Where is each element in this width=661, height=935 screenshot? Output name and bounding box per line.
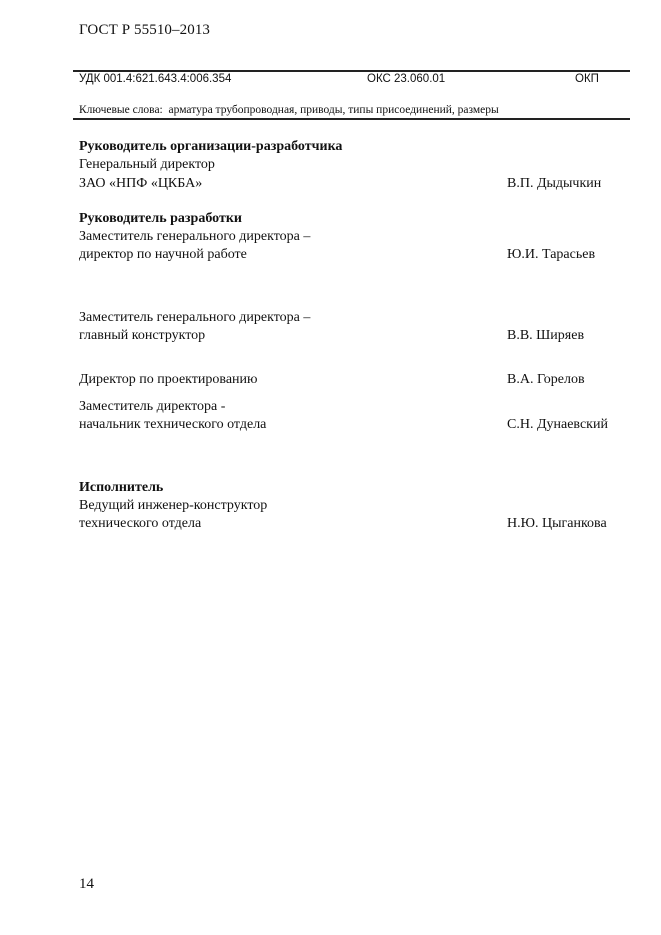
signatory-name: В.В. Ширяев: [507, 327, 584, 345]
section-heading-development-lead: Руководитель разработки: [79, 210, 242, 228]
keywords-label: Ключевые слова:: [79, 104, 163, 116]
position-line: технического отдела: [79, 515, 201, 533]
okp-code: ОКП: [575, 73, 599, 85]
keywords-line: Ключевые слова: арматура трубопроводная,…: [79, 104, 499, 116]
udk-code: УДК 001.4:621.643.4:006.354: [79, 73, 231, 85]
position-line: Заместитель генерального директора –: [79, 228, 310, 246]
position-line: главный конструктор: [79, 327, 205, 345]
position-line: директор по научной работе: [79, 246, 247, 264]
standard-number: ГОСТ Р 55510–2013: [79, 22, 210, 39]
header-top-rule: [73, 70, 630, 72]
position-line: Заместитель генерального директора –: [79, 309, 310, 327]
signatory-name: В.П. Дыдычкин: [507, 175, 601, 193]
signatory-name: В.А. Горелов: [507, 371, 585, 389]
section-heading-developer-head: Руководитель организации-разработчика: [79, 138, 342, 156]
oks-code: ОКС 23.060.01: [367, 73, 445, 85]
position-line: ЗАО «НПФ «ЦКБА»: [79, 175, 202, 193]
page-number: 14: [79, 876, 94, 893]
position-line: Директор по проектированию: [79, 371, 258, 389]
section-heading-executor: Исполнитель: [79, 479, 163, 497]
signatory-name: С.Н. Дунаевский: [507, 416, 608, 434]
position-line: Генеральный директор: [79, 156, 215, 174]
keywords-text: арматура трубопроводная, приводы, типы п…: [169, 104, 499, 116]
position-line: Заместитель директора -: [79, 398, 225, 416]
signatory-name: Н.Ю. Цыганкова: [507, 515, 607, 533]
position-line: Ведущий инженер-конструктор: [79, 497, 267, 515]
position-line: начальник технического отдела: [79, 416, 266, 434]
header-bottom-rule: [73, 118, 630, 120]
signatory-name: Ю.И. Тарасьев: [507, 246, 595, 264]
